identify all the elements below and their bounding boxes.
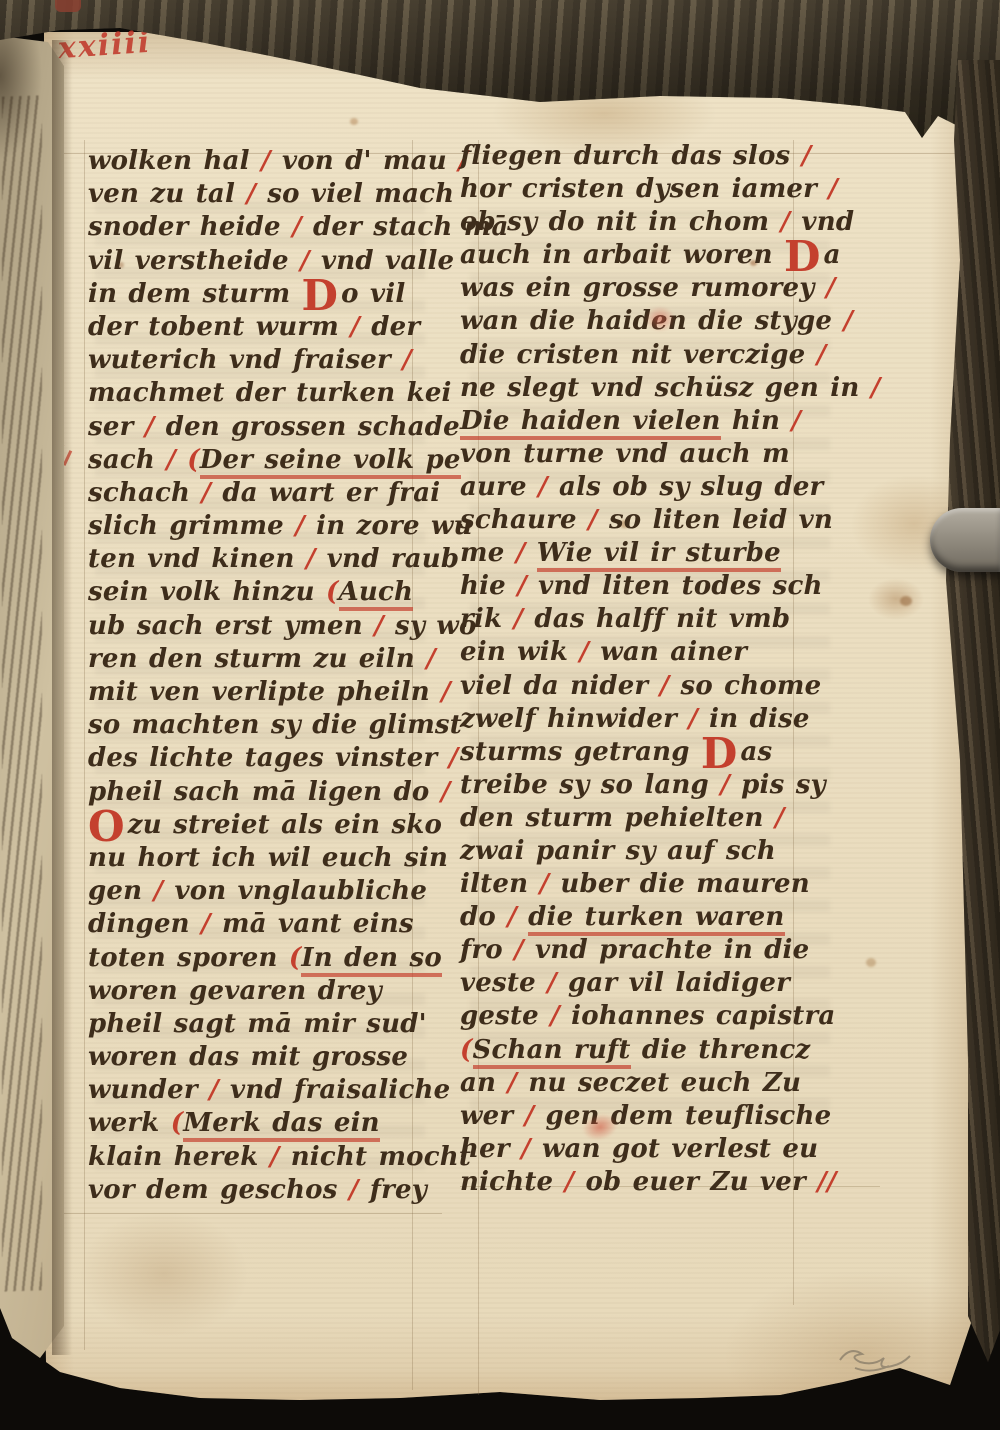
manuscript-text-line: ub sach erst ymen / sy wo [88, 611, 463, 644]
manuscript-text-line: auch in arbait woren Da [460, 240, 872, 273]
virgule-mark: / [513, 604, 523, 634]
manuscript-text-line: wuterich vnd fraiser / [88, 345, 463, 378]
manuscript-text-line: hor cristen dysen iamer / [460, 174, 872, 207]
virgule-mark: / [145, 412, 155, 442]
manuscript-text-line: fro / vnd prachte in die [460, 935, 872, 968]
manuscript-text-line: Die haiden vielen hin / [460, 406, 872, 439]
manuscript-text-line: woren gevaren drey [88, 976, 463, 1009]
virgule-mark: / [246, 179, 256, 209]
manuscript-text-line: wunder / vnd fraisaliche [88, 1075, 463, 1108]
virgule-mark: / [306, 544, 316, 574]
manuscript-text-line: toten sporen (In den so [88, 943, 463, 976]
virgule-mark: / [660, 671, 670, 701]
virgule-mark: / [350, 312, 360, 342]
manuscript-text-line: werk (Merk das ein [88, 1108, 463, 1141]
virgule-mark: / [817, 340, 827, 370]
rubric-mark: ( [187, 445, 200, 475]
virgule-mark: / [201, 478, 211, 508]
manuscript-text-line: den sturm pehielten / [460, 803, 872, 836]
rubric-underline: Der seine volk pe [200, 445, 461, 479]
manuscript-text-line: wer / gen dem teuflische [460, 1101, 872, 1134]
virgule-mark: / [720, 770, 730, 800]
rubric-underline: Auch [339, 577, 414, 611]
virgule-mark: / [538, 472, 548, 502]
virgule-mark: / [826, 273, 836, 303]
stain-spot [900, 596, 912, 606]
virgule-mark: / [521, 1134, 531, 1164]
manuscript-text-line: ein wik / wan ainer [460, 637, 872, 670]
manuscript-text-line: do / die turken waren [460, 902, 872, 935]
pencil-scribble [835, 1330, 919, 1382]
manuscript-text-line: ven zu tal / so viel mach [88, 179, 463, 212]
manuscript-photo: zz xxiiii ccl xxxiiii 279. wolken hal / … [0, 0, 1000, 1430]
binding-red-patch [55, 0, 81, 12]
rubric-underline: In den so [301, 943, 442, 977]
virgule-mark: / [524, 1101, 534, 1131]
manuscript-text-line: veste / gar vil laidiger [460, 968, 872, 1001]
virgule-mark: / [270, 1142, 280, 1172]
manuscript-text-line: zwai panir sy auf sch [460, 836, 872, 869]
manuscript-text-line: slich grimme / in zore wu [88, 511, 463, 544]
virgule-mark: / [507, 1068, 517, 1098]
manuscript-text-line: ne slegt vnd schüsz gen in / [460, 373, 872, 406]
manuscript-text-line: vil verstheide / vnd valle [88, 246, 463, 279]
manuscript-text-line: hie / vnd liten todes sch [460, 571, 872, 604]
manuscript-text-line: her / wan got verlest eu [460, 1134, 872, 1167]
virgule-mark: / [547, 968, 557, 998]
manuscript-text-line: aure / als ob sy slug der [460, 472, 872, 505]
previous-page-text-glimpse [2, 95, 42, 1291]
virgule-mark: / [261, 146, 271, 176]
manuscript-text-line: sein volk hinzu (Auch [88, 577, 463, 610]
rubric-mark: ( [326, 577, 339, 607]
virgule-mark: / [827, 1167, 837, 1197]
manuscript-text-line: zwelf hinwider / in dise [460, 704, 872, 737]
manuscript-text-line: pheil sach mā ligen do / [88, 777, 463, 810]
manuscript-text-line: die cristen nit verczige / [460, 340, 872, 373]
virgule-mark: / [565, 1167, 575, 1197]
rubric-smudge [645, 306, 675, 332]
virgule-mark: / [426, 644, 436, 674]
virgule-mark: / [441, 777, 451, 807]
gutter-fold-shadow [52, 40, 72, 1355]
virgule-mark: / [514, 935, 524, 965]
manuscript-text-line: ten vnd kinen / vnd raub [88, 544, 463, 577]
manuscript-text-line: geste / iohannes capistra [460, 1001, 872, 1034]
manuscript-text-line: sach / (Der seine volk pe [88, 445, 463, 478]
virgule-mark: / [507, 902, 517, 932]
manuscript-text-line: des lichte tages vinster / [88, 743, 463, 776]
manuscript-text-line: so machten sy die glimst [88, 710, 463, 743]
rubric-underline: die turken waren [528, 902, 784, 936]
manuscript-text-line: treibe sy so lang / pis sy [460, 770, 872, 803]
manuscript-text-line: was ein grosse rumorey / [460, 273, 872, 306]
manuscript-text-line: ren den sturm zu eiln / [88, 644, 463, 677]
virgule-mark: / [449, 743, 459, 773]
manuscript-text-line: an / nu seczet euch Zu [460, 1068, 872, 1101]
manuscript-text-line: von turne vnd auch m [460, 439, 872, 472]
virgule-mark: / [209, 1075, 219, 1105]
virgule-mark: / [349, 1175, 359, 1205]
manuscript-text-line: sturms getrang Das [460, 737, 872, 770]
manuscript-text-line: dingen / mā vant eins [88, 909, 463, 942]
virgule-mark: / [201, 909, 211, 939]
manuscript-text-line: nu hort ich wil euch sin [88, 843, 463, 876]
rubric-underline: Die haiden vielen [460, 406, 721, 440]
virgule-mark: / [775, 803, 785, 833]
manuscript-text-line: nichte / ob euer Zu ver // [460, 1167, 872, 1200]
virgule-mark: / [688, 704, 698, 734]
manuscript-text-line: viel da nider / so chome [460, 671, 872, 704]
manuscript-text-line: fliegen durch das slos / [460, 141, 872, 174]
virgule-mark: / [166, 445, 176, 475]
manuscript-text-line: mit ven verlipte pheiln / [88, 677, 463, 710]
manuscript-text-line: Ozu streiet als ein sko [88, 810, 463, 843]
manuscript-text-line: vor dem geschos / frey [88, 1175, 463, 1208]
rubric-underline: Wie vil ir sturbe [537, 538, 781, 572]
virgule-mark: / [550, 1001, 560, 1031]
virgule-mark: / [539, 869, 549, 899]
virgule-mark: / [516, 538, 526, 568]
virgule-mark: / [843, 306, 853, 336]
manuscript-text-line: in dem sturm Do vil [88, 279, 463, 312]
manuscript-text-line: klain herek / nicht mocht [88, 1142, 463, 1175]
rubric-underline: Merk das ein [183, 1108, 380, 1142]
manuscript-text-line: ilten / uber die mauren [460, 869, 872, 902]
virgule-mark: / [588, 505, 598, 535]
virgule-mark: / [579, 637, 589, 667]
manuscript-text-line: me / Wie vil ir sturbe [460, 538, 872, 571]
virgule-mark: / [817, 1167, 827, 1197]
manuscript-text-line: der tobent wurm / der [88, 312, 463, 345]
rubric-underline: Schan ruft [473, 1035, 631, 1069]
rubric-mark: ( [289, 943, 302, 973]
virgule-mark: / [295, 511, 305, 541]
text-column-right: fliegen durch das slos /hor cristen dyse… [460, 141, 872, 1200]
virgule-mark: / [802, 141, 812, 171]
manuscript-text-line: rik / das halff nit vmb [460, 604, 872, 637]
manuscript-text-line: wolken hal / von d' mau / [88, 146, 463, 179]
manuscript-text-line: (Schan ruft die threncz [460, 1035, 872, 1068]
virgule-mark: / [292, 212, 302, 242]
ruling-line [84, 140, 85, 1350]
manuscript-text-line: snoder heide / der stach mā [88, 212, 463, 245]
ruling-line [62, 1213, 442, 1214]
virgule-mark: / [871, 373, 881, 403]
virgule-mark: / [828, 174, 838, 204]
manuscript-text-line: gen / von vnglaubliche [88, 876, 463, 909]
manuscript-text-line: schach / da wart er frai [88, 478, 463, 511]
virgule-mark: / [153, 876, 163, 906]
virgule-mark: / [517, 571, 527, 601]
virgule-mark: / [791, 406, 801, 436]
rubric-mark: ( [171, 1108, 184, 1138]
virgule-mark: / [402, 345, 412, 375]
manuscript-text-line: machmet der turken kei [88, 378, 463, 411]
virgule-mark: / [441, 677, 451, 707]
rubric-mark: ( [460, 1035, 473, 1065]
virgule-mark: / [374, 611, 384, 641]
manuscript-text-line: schaure / so liten leid vn [460, 505, 872, 538]
manuscript-text-line: ser / den grossen schade [88, 412, 463, 445]
text-column-left: wolken hal / von d' mau /ven zu tal / so… [88, 146, 463, 1208]
manuscript-text-line: woren das mit grosse [88, 1042, 463, 1075]
book-clasp [930, 508, 1000, 572]
stain-spot [350, 118, 358, 125]
manuscript-text-line: pheil sagt mā mir sud' [88, 1009, 463, 1042]
